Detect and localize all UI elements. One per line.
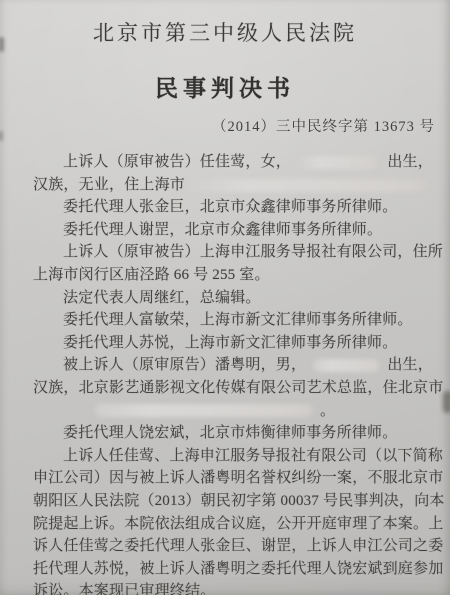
- document-line: 上诉人任佳莺、上海申江服务导报社有限公司（以下简称: [33, 445, 433, 468]
- document-line: 被上诉人（原审原告）潘粤明，男，出生，: [33, 354, 433, 377]
- document-line: 委托代理人谢罡，北京市众鑫律师事务所律师。: [33, 219, 433, 242]
- document-line: 委托代理人张金巨，北京市众鑫律师事务所律师。: [33, 196, 433, 219]
- line-text: 朝阳区人民法院（2013）朝民初字第 00037 号民事判决，向本: [33, 493, 445, 509]
- document-line: 汉族，无业，住上海市: [33, 174, 433, 197]
- line-text: 上诉人（原审被告）上海申江服务导报社有限公司，住所: [63, 244, 443, 260]
- line-spacer: [33, 410, 88, 411]
- line-text: 出生，: [387, 151, 433, 174]
- redacted-text: [298, 156, 380, 169]
- document-line: 院提起上诉。本院依法组成合议庭，公开开庭审理了本案。上: [33, 513, 433, 536]
- line-text: 委托代理人谢罡，北京市众鑫律师事务所律师。: [63, 222, 382, 238]
- line-text: 出生，: [387, 354, 433, 377]
- document-line: 。: [33, 400, 433, 423]
- line-text: 委托代理人苏悦，上海市新文汇律师事务所律师。: [63, 335, 397, 351]
- document-line: 上海市闵行区庙泾路 66 号 255 室。: [33, 264, 433, 287]
- line-text: 委托代理人饶宏斌，北京市炜衡律师事务所律师。: [63, 425, 397, 441]
- line-text: 诉讼。本案现已审理终结。: [33, 583, 215, 595]
- document-title: 民事判决书: [0, 70, 450, 103]
- document-line: 法定代表人周继红，总编辑。: [33, 287, 433, 310]
- document-line: 委托代理人富敏荣，上海市新文汇律师事务所律师。: [33, 309, 433, 332]
- document-line: 诉人任佳莺之委托代理人张金巨、谢罡，上诉人申江公司之委: [33, 535, 433, 558]
- redacted-text: [95, 404, 313, 417]
- document-line: 上诉人（原审被告）任佳莺，女，出生，: [33, 151, 433, 174]
- line-text: 上海市闵行区庙泾路 66 号 255 室。: [33, 267, 270, 283]
- line-text: 法定代表人周继红，总编辑。: [63, 290, 261, 306]
- redacted-text: [313, 359, 380, 372]
- line-text: 汉族，北京影艺通影视文化传媒有限公司艺术总监，住北京市: [33, 380, 443, 396]
- line-text: 委托代理人富敏荣，上海市新文汇律师事务所律师。: [63, 312, 413, 328]
- line-text: 托代理人苏悦，被上诉人潘粤明之委托代理人饶宏斌到庭参加: [33, 561, 443, 577]
- line-text: 。: [320, 400, 335, 423]
- document-line: 诉讼。本案现已审理终结。: [33, 580, 433, 595]
- document-line: 委托代理人饶宏斌，北京市炜衡律师事务所律师。: [33, 422, 433, 445]
- line-text: 申江公司）因与被上诉人潘粤明名誉权纠纷一案，不服北京市: [33, 470, 443, 486]
- line-text: 被上诉人（原审原告）潘粤明，男，: [63, 354, 306, 377]
- line-text: 院提起上诉。本院依法组成合议庭，公开开庭审理了本案。上: [33, 516, 443, 532]
- document-body: 上诉人（原审被告）任佳莺，女，出生，汉族，无业，住上海市委托代理人张金巨，北京市…: [0, 151, 450, 595]
- document-line: 汉族，北京影艺通影视文化传媒有限公司艺术总监，住北京市: [33, 377, 433, 400]
- line-text: 上诉人（原审被告）任佳莺，女，: [63, 151, 291, 174]
- judgment-document-photo: 北京市第三中级人民法院 民事判决书 （2014）三中民终字第 13673 号 上…: [0, 0, 450, 595]
- line-text: 委托代理人张金巨，北京市众鑫律师事务所律师。: [63, 199, 397, 215]
- court-name: 北京市第三中级人民法院: [0, 17, 450, 47]
- document-line: 朝阳区人民法院（2013）朝民初字第 00037 号民事判决，向本: [33, 490, 433, 513]
- line-text: 汉族，无业，住上海市: [33, 177, 185, 193]
- document-line: 托代理人苏悦，被上诉人潘粤明之委托代理人饶宏斌到庭参加: [33, 558, 433, 581]
- line-text: 上诉人任佳莺、上海申江服务导报社有限公司（以下简称: [63, 448, 443, 464]
- document-line: 申江公司）因与被上诉人潘粤明名誉权纠纷一案，不服北京市: [33, 467, 433, 490]
- document-line: 上诉人（原审被告）上海申江服务导报社有限公司，住所: [33, 241, 433, 264]
- case-number: （2014）三中民终字第 13673 号: [0, 115, 450, 136]
- document-line: 委托代理人苏悦，上海市新文汇律师事务所律师。: [33, 332, 433, 355]
- redacted-text: [185, 179, 428, 192]
- line-text: 诉人任佳莺之委托代理人张金巨、谢罡，上诉人申江公司之委: [33, 538, 443, 554]
